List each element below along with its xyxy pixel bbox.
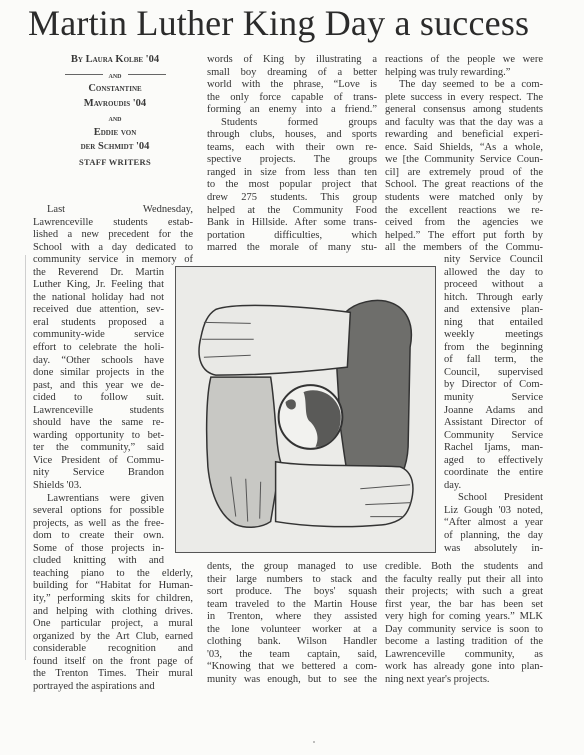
staff-writers-label: STAFF WRITERS bbox=[40, 155, 190, 170]
text-line: nity Service Council bbox=[444, 254, 543, 267]
text-line: Lawrenceville students estab- bbox=[33, 217, 193, 230]
text-line: dom to create their own. bbox=[33, 530, 164, 543]
text-line: in Trenton, where they assisted bbox=[207, 611, 377, 624]
text-line: day. “Other schools have bbox=[33, 355, 164, 368]
text-line: the faculty really put their all into bbox=[385, 574, 543, 587]
text-line: found itself on the front page of bbox=[33, 656, 193, 669]
text-line: Students formed groups bbox=[207, 117, 377, 130]
text-line: rewarding and beneficial experi- bbox=[385, 129, 543, 142]
text-line: helped at the Community Food bbox=[207, 205, 377, 218]
text-line: all the members of the Commu- bbox=[385, 242, 543, 255]
text-line: marred the morale of many stu- bbox=[207, 242, 377, 255]
column-3-bottom: credible. Both the students andthe facul… bbox=[385, 561, 543, 686]
text-line: proceed without a bbox=[444, 279, 543, 292]
text-line: Liz Gough '03 noted, bbox=[444, 505, 543, 518]
text-line: portrayed the aspirations and bbox=[33, 681, 193, 694]
text-line: ranged in size from less than ten bbox=[207, 167, 377, 180]
text-line: the Reverend Dr. Martin bbox=[33, 267, 164, 280]
text-line: cided to follow suit. bbox=[33, 392, 164, 405]
text-line: Bank in Hillside. After some trans- bbox=[207, 217, 377, 230]
text-line: to the most popular project that bbox=[207, 179, 377, 192]
text-line: Luther King, Jr. Feeling that bbox=[33, 279, 164, 292]
column-3-narrow: nity Service Councilallowed the day topr… bbox=[444, 254, 543, 555]
text-line: plete success in every respect. The bbox=[385, 92, 543, 105]
text-line: team traveled to the Martin House bbox=[207, 599, 377, 612]
author-3a: Eddie von bbox=[40, 126, 190, 141]
text-line: dents, the group managed to use bbox=[207, 561, 377, 574]
column-3-top: reactions of the people we werehelping w… bbox=[385, 54, 543, 255]
text-line: community-wide service bbox=[33, 329, 164, 342]
text-line: allowed the day to bbox=[444, 267, 543, 280]
hands-globe-drawing bbox=[176, 267, 435, 552]
text-line: ning that entailed bbox=[444, 317, 543, 330]
text-line: considerable recognition and bbox=[33, 643, 193, 656]
text-line: ence. Said Shields, “As a whole, bbox=[385, 142, 543, 155]
text-line: warding opportunity to bet- bbox=[33, 430, 164, 443]
text-line: cil] are extremely proud of the bbox=[385, 167, 543, 180]
text-line: their projects; with such a great bbox=[385, 586, 543, 599]
text-line: “After almost a year bbox=[444, 517, 543, 530]
text-line: The day seemed to be a com- bbox=[385, 79, 543, 92]
and-text: and bbox=[109, 68, 122, 83]
text-line: become a lasting tradition of the bbox=[385, 636, 543, 649]
text-line: Some of those projects in- bbox=[33, 543, 164, 556]
text-line: coordinate the entire bbox=[444, 467, 543, 480]
text-line: and faculty was that the day was a bbox=[385, 117, 543, 130]
column-1: Last Wednesday,Lawrenceville students es… bbox=[33, 204, 193, 693]
text-line: nity Service Brandon bbox=[33, 467, 164, 480]
text-line: first year, the bar has been set bbox=[385, 599, 543, 612]
text-line: teams, each with their own re- bbox=[207, 142, 377, 155]
text-line: Council, supervised bbox=[444, 367, 543, 380]
text-line: ity,” performing skits for children, bbox=[33, 593, 193, 606]
text-line: the excellent reactions we re- bbox=[385, 205, 543, 218]
column-2-top: words of King by illustrating asmall boy… bbox=[207, 54, 377, 255]
scan-speck bbox=[313, 741, 315, 743]
text-line: hitch. Through early bbox=[444, 292, 543, 305]
text-line: Lawrentians were given bbox=[33, 493, 164, 506]
text-line: Last Wednesday, bbox=[33, 204, 193, 217]
column-rule bbox=[25, 255, 26, 660]
text-line: lished a new precedent for the bbox=[33, 229, 193, 242]
text-line: projects, as well as the free- bbox=[33, 518, 164, 531]
text-line: their large numbers to stack and bbox=[207, 574, 377, 587]
text-line: Community Service bbox=[444, 430, 543, 443]
author-2b: Mavroudis '04 bbox=[40, 97, 190, 112]
text-line: clothing bank. Wilson Handler bbox=[207, 636, 377, 649]
text-line: small boy dreaming of a better bbox=[207, 67, 377, 80]
text-line: School with a day dedicated to bbox=[33, 242, 193, 255]
text-line: students were matched only by bbox=[385, 192, 543, 205]
text-line: Lawrenceville community, as bbox=[385, 649, 543, 662]
text-line: Joanne Adams and bbox=[444, 405, 543, 418]
text-line: eral students proposed a bbox=[33, 317, 164, 330]
byline-and-divider: and bbox=[40, 68, 190, 83]
text-line: from the beginning bbox=[444, 342, 543, 355]
text-line: and extensive plan- bbox=[444, 304, 543, 317]
illustration-hands-globe bbox=[175, 266, 436, 553]
text-line: of planning, the day bbox=[444, 530, 543, 543]
text-line: received due attention, sev- bbox=[33, 304, 164, 317]
text-line: past, and this year we de- bbox=[33, 380, 164, 393]
text-line: One particular project, a mural bbox=[33, 618, 193, 631]
text-line: Lawrenceville students bbox=[33, 405, 164, 418]
text-line: the only force capable of trans- bbox=[207, 92, 377, 105]
text-line: effort to celebrate the holi- bbox=[33, 342, 164, 355]
text-line: Shields '03. bbox=[33, 480, 164, 493]
text-line: '03, the team captain, said, bbox=[207, 649, 377, 662]
text-line: aged to effectively bbox=[444, 455, 543, 468]
text-line: spective projects. The groups bbox=[207, 154, 377, 167]
text-line: very high for coming years.” MLK bbox=[385, 611, 543, 624]
text-line: ceived from the agencies we bbox=[385, 217, 543, 230]
text-line: weekly meetings bbox=[444, 329, 543, 342]
author-2a: Constantine bbox=[40, 82, 190, 97]
text-line: we [the Community Service Coun- bbox=[385, 154, 543, 167]
text-line: and helping with clothing drives. bbox=[33, 606, 193, 619]
byline-and: and bbox=[40, 111, 190, 126]
text-line: helping was truly rewarding.” bbox=[385, 67, 543, 80]
text-line: should have the same re- bbox=[33, 417, 164, 430]
text-line: community service in memory of bbox=[33, 254, 193, 267]
text-line: “Knowing that we bettered a com- bbox=[207, 661, 377, 674]
text-line: munity Service bbox=[444, 392, 543, 405]
text-line: Vice President of Commu- bbox=[33, 455, 164, 468]
text-line: general consensus among students bbox=[385, 104, 543, 117]
byline: By Laura Kolbe '04 and Constantine Mavro… bbox=[40, 53, 190, 169]
author-3b: der Schmidt '04 bbox=[40, 140, 190, 155]
text-line: the national holiday had not bbox=[33, 292, 164, 305]
author-1: By Laura Kolbe '04 bbox=[40, 53, 190, 68]
text-line: munity was enough, but to see the bbox=[207, 674, 377, 687]
headline: Martin Luther King Day a success bbox=[28, 2, 529, 44]
text-line: forming an enemy into a friend.” bbox=[207, 104, 377, 117]
text-line: the lone volunteer worker at a bbox=[207, 624, 377, 637]
text-line: reactions of the people we were bbox=[385, 54, 543, 67]
text-line: credible. Both the students and bbox=[385, 561, 543, 574]
text-line: organized by the Art Club, earned bbox=[33, 631, 193, 644]
text-line: words of King by illustrating a bbox=[207, 54, 377, 67]
text-line: ter the community,” said bbox=[33, 442, 164, 455]
text-line: of fall term, the bbox=[444, 354, 543, 367]
text-line: done similar projects in the bbox=[33, 367, 164, 380]
text-line: world with the phrase, “Love is bbox=[207, 79, 377, 92]
text-line: several options for possible bbox=[33, 505, 164, 518]
text-line: Rachel Ijams, man- bbox=[444, 442, 543, 455]
text-line: through clubs, houses, and sports bbox=[207, 129, 377, 142]
text-line: sort produce. The boys' squash bbox=[207, 586, 377, 599]
text-line: the Trenton Times. Their mural bbox=[33, 668, 193, 681]
text-line: portation difficulties, which bbox=[207, 230, 377, 243]
text-line: ning next year's projects. bbox=[385, 674, 543, 687]
text-line: drew 275 students. This group bbox=[207, 192, 377, 205]
text-line: by Director of Com- bbox=[444, 379, 543, 392]
text-line: building for “Habitat for Human- bbox=[33, 580, 193, 593]
text-line: School. The great reactions of the bbox=[385, 179, 543, 192]
text-line: teaching piano to the elderly, bbox=[33, 568, 193, 581]
text-line: was absolutely in- bbox=[444, 543, 543, 556]
text-line: helped.” The effort put forth by bbox=[385, 230, 543, 243]
text-line: work has already gone into plan- bbox=[385, 661, 543, 674]
text-line: School President bbox=[444, 492, 543, 505]
text-line: cluded knitting with and bbox=[33, 555, 164, 568]
text-line: Day community service is soon to bbox=[385, 624, 543, 637]
column-2-bottom: dents, the group managed to usetheir lar… bbox=[207, 561, 377, 686]
text-line: Assistant Director of bbox=[444, 417, 543, 430]
text-line: day. bbox=[444, 480, 543, 493]
